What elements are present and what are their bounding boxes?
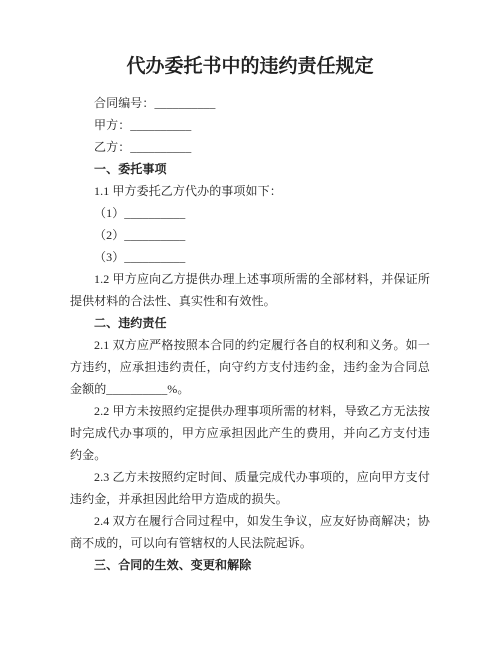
paragraph-2-3: 2.3 乙方未按照约定时间、质量完成代办事项的，应向甲方支付违约金，并承担因此给…	[70, 466, 430, 510]
party-a-field: 甲方：__________	[70, 114, 430, 136]
blank-item-1: （1）__________	[70, 202, 430, 224]
section-breach-liability: 二、违约责任 2.1 双方应严格按照本合同的约定履行各自的权利和义务。如一方违约…	[70, 312, 430, 554]
paragraph-1-1: 1.1 甲方委托乙方代办的事项如下：	[70, 180, 430, 202]
section-heading: 一、委托事项	[70, 158, 430, 180]
section-entrusted-matters: 一、委托事项 1.1 甲方委托乙方代办的事项如下： （1）__________ …	[70, 158, 430, 312]
blank-item-3: （3）__________	[70, 246, 430, 268]
contract-number-field: 合同编号：__________	[70, 92, 430, 114]
party-b-field: 乙方：__________	[70, 136, 430, 158]
document-title: 代办委托书中的违约责任规定	[70, 54, 430, 80]
paragraph-2-1: 2.1 双方应严格按照本合同的约定履行各自的权利和义务。如一方违约，应承担违约责…	[70, 334, 430, 400]
document-page: 代办委托书中的违约责任规定 合同编号：__________ 甲方：_______…	[0, 0, 500, 647]
paragraph-2-4: 2.4 双方在履行合同过程中，如发生争议，应友好协商解决；协商不成的，可以向有管…	[70, 510, 430, 554]
paragraph-2-2: 2.2 甲方未按照约定提供办理事项所需的材料，导致乙方无法按时完成代办事项的，甲…	[70, 400, 430, 466]
section-heading: 三、合同的生效、变更和解除	[70, 554, 430, 576]
section-effectiveness-modification-termination: 三、合同的生效、变更和解除	[70, 554, 430, 576]
blank-item-2: （2）__________	[70, 224, 430, 246]
section-heading: 二、违约责任	[70, 312, 430, 334]
paragraph-1-2: 1.2 甲方应向乙方提供办理上述事项所需的全部材料，并保证所提供材料的合法性、真…	[70, 268, 430, 312]
